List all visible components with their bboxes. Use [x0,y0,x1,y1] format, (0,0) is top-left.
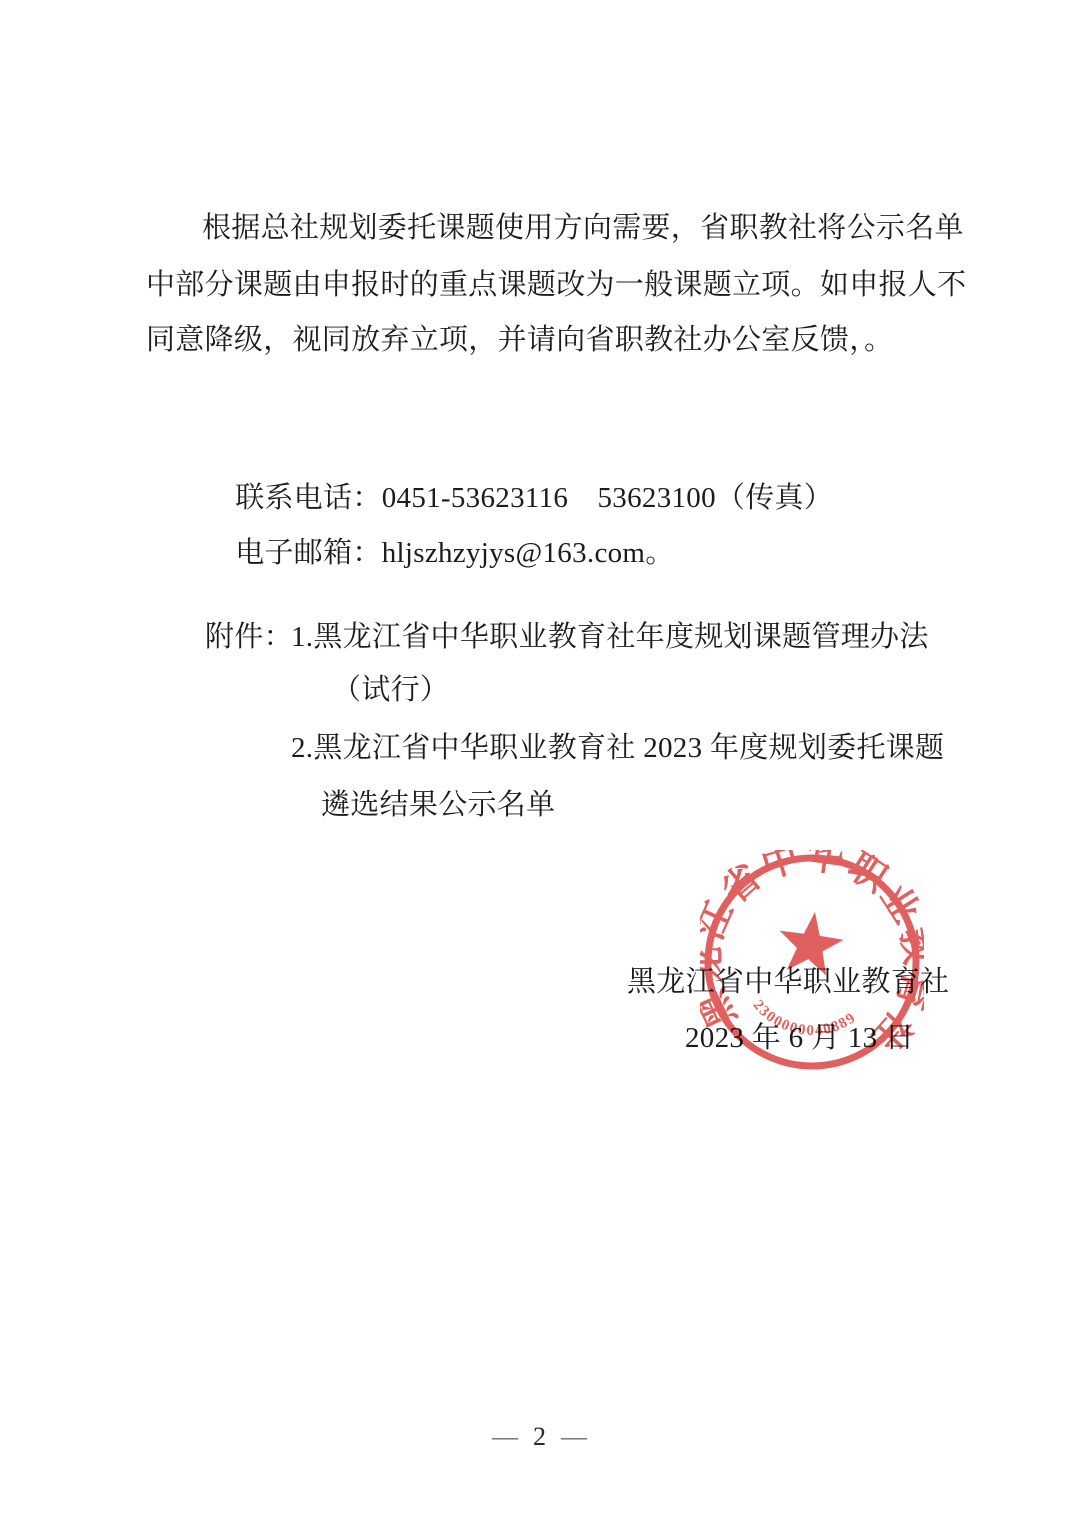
paragraph-line-3: 同意降级，视同放弃立项，并请向省职教社办公室反馈，。 [146,321,893,359]
paragraph-line-1: 根据总社规划委托课题使用方向需要，省职教社将公示名单 [202,209,964,247]
seal-code-text-holder: 2300000040889 [746,996,861,1046]
attachments-label: 附件： [205,618,293,656]
official-seal-stamp: 黑龙江省中华职业教育社 2300000040889 [700,850,924,1074]
document-page: 根据总社规划委托课题使用方向需要，省职教社将公示名单 中部分课题由申报时的重点课… [0,0,1080,1527]
seal-code-text: 2300000040889 [746,996,861,1046]
contact-phone-line: 联系电话：0451-53623116 53623100（传真） [205,441,833,479]
page-footer: —2— [0,1424,1080,1450]
attachment-1-line-1: 1.黑龙江省中华职业教育社年度规划课题管理办法 [291,618,929,656]
footer-dash-right: — [561,1422,588,1451]
seal-star-icon [774,907,847,977]
email-label: 电子邮箱： [235,537,382,569]
paragraph-line-2: 中部分课题由申报时的重点课题改为一般课题立项。如申报人不 [146,266,966,304]
contact-email-line: 电子邮箱：hljszhzyjys@163.com。 [205,496,675,534]
page-number: 2 [519,1422,561,1451]
email-value: hljszhzyjys@163.com。 [382,537,675,569]
attachment-1-line-2: （试行） [332,671,449,709]
attachment-2-line-1: 2.黑龙江省中华职业教育社 2023 年度规划委托课题 [291,729,944,767]
footer-dash-left: — [492,1422,519,1451]
attachment-2-line-2: 遴选结果公示名单 [321,786,555,824]
